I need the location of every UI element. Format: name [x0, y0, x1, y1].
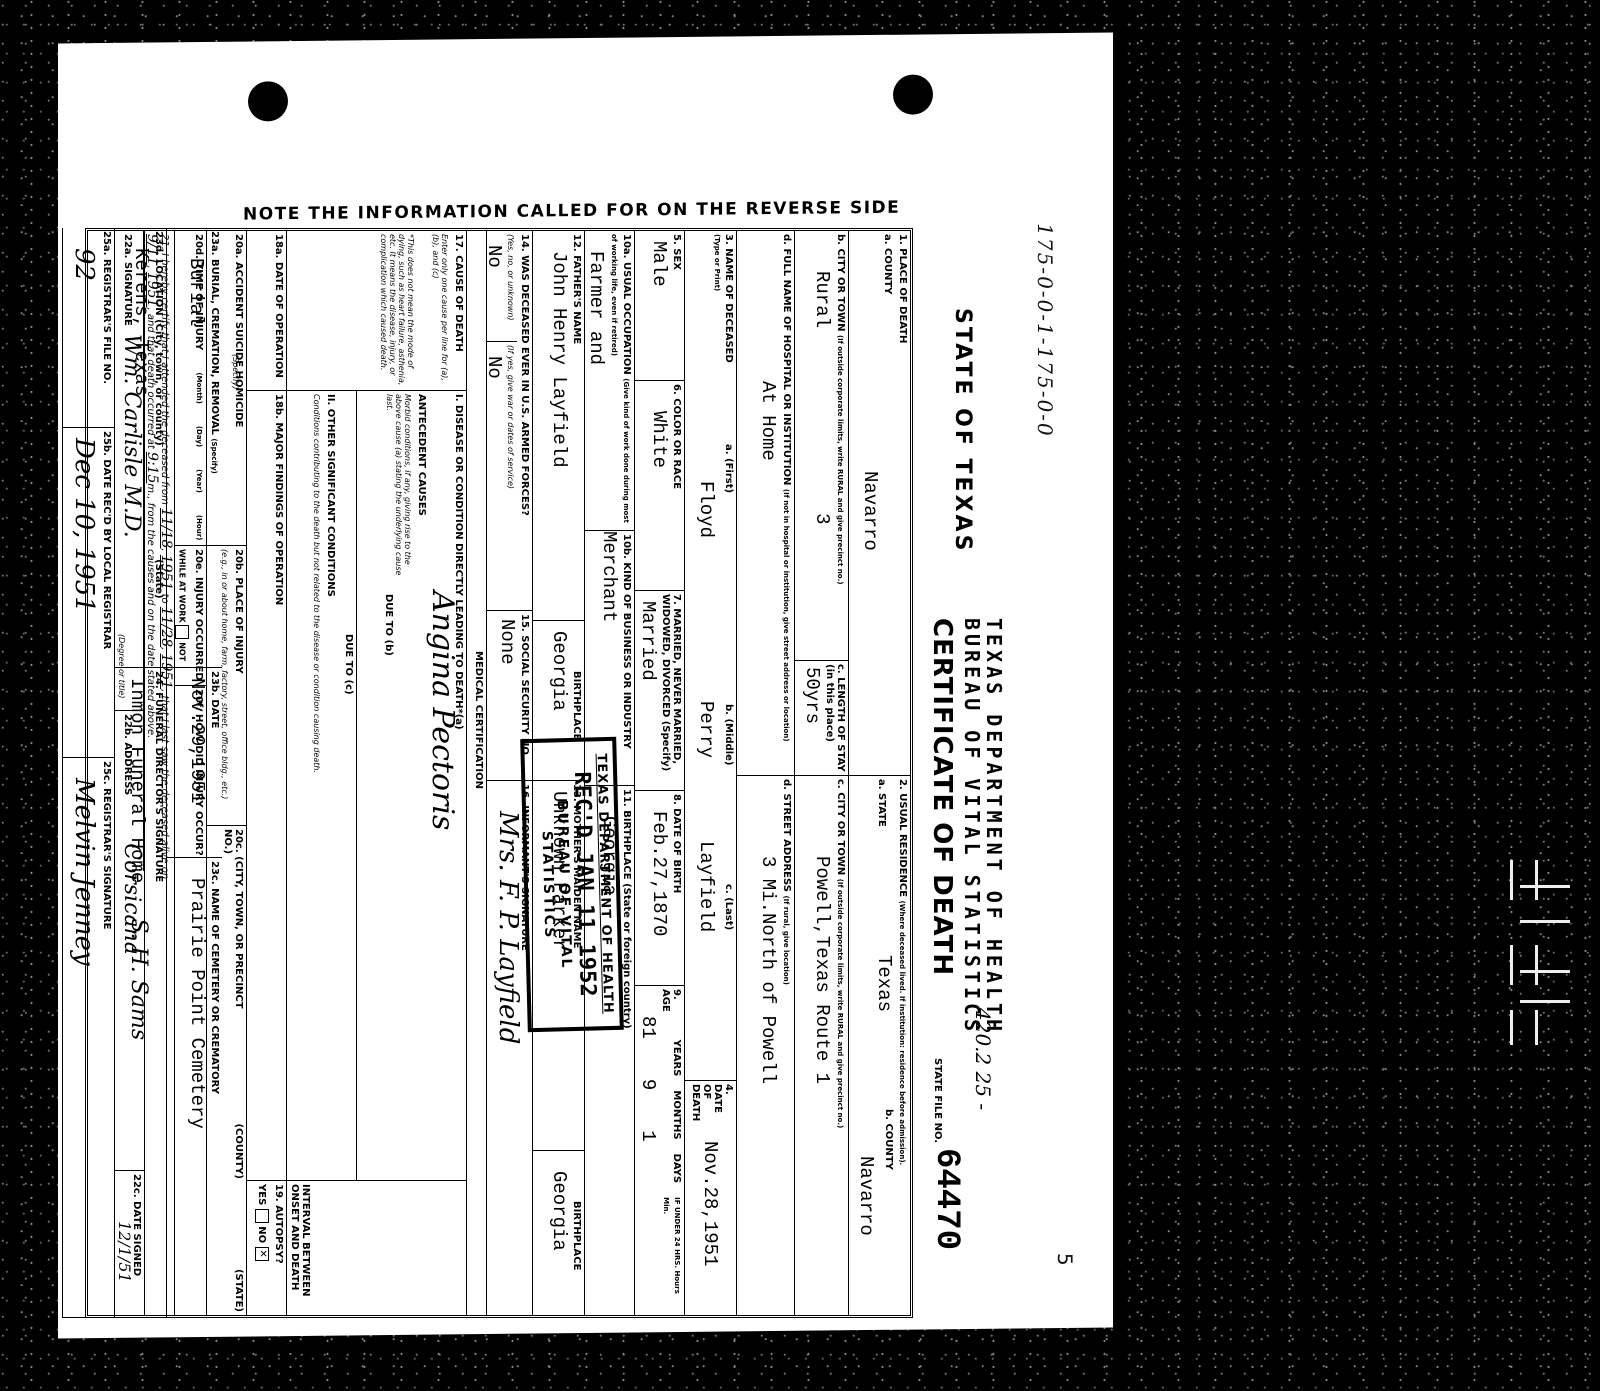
date-of-death: 4. DATE OF DEATH Nov.28,1951 [684, 1081, 736, 1316]
city-value: Rural [811, 231, 833, 328]
date-received-label: 25b. DATE REC'D BY LOCAL REGISTRAR [99, 428, 114, 757]
findings-label: 18b. MAJOR FINDINGS OF OPERATION [271, 391, 286, 1180]
registrar-file-label: 25a. REGISTRAR'S FILE NO. [99, 228, 114, 427]
burial-registrar-section: 23a. BURIAL, CREMATION, REMOVAL (Specify… [62, 228, 222, 1318]
burial-date-label: 23b. DATE [207, 668, 222, 857]
sex-value: Male [649, 231, 669, 380]
state-file-number: 64470 [927, 1148, 965, 1250]
place-of-injury-label: 20b. PLACE OF INJURY [231, 546, 246, 825]
date-of-birth: 8. DATE OF BIRTH Feb.27,1870 [634, 791, 684, 986]
scan-edge-marks [1505, 860, 1575, 1050]
armed-forces-note-2: (If yes, give war or dates of service) [504, 342, 517, 492]
street-note: (If rural, give location) [782, 895, 790, 984]
state-title: STATE OF TEXAS [950, 308, 975, 553]
date-received-value: Dec 10, 1951 [69, 428, 99, 757]
burial-location: 23d. LOCATION (City, town, or county) (S… [114, 228, 166, 668]
injury-type-note: (Specify) [229, 351, 242, 393]
burial-type-note: (Specify) [210, 438, 218, 473]
deceased-name: 3. NAME OF DECEASED(Type or Print) a. (F… [684, 231, 736, 1081]
age-years-label: YEARS [660, 1040, 682, 1077]
cemetery-label: 23c. NAME OF CEMETERY OR CREMATORY [207, 858, 222, 1317]
occupation-value: Farmer and [586, 231, 606, 530]
sex-label: 5. SEX [669, 231, 684, 380]
date-of-death-label: 4. DATE OF DEATH [688, 1081, 736, 1127]
autopsy-label: 19. AUTOPSY? [271, 1181, 286, 1315]
age: 9. AGE YEARS MONTHS DAYS IF UNDER 24 HRS… [634, 986, 684, 1316]
date-of-death-value: Nov.28,1951 [700, 1141, 720, 1266]
county-label: a. COUNTY [880, 231, 895, 775]
ssn-value: None [497, 611, 517, 780]
department-heading: TEXAS DEPARTMENT OF HEALTH BUREAU OF VIT… [961, 618, 1005, 1035]
age-under24-label: IF UNDER 24 HRS. Hours Min. [660, 1197, 682, 1312]
registrar-signature: 25c. REGISTRAR'S SIGNATURE Melvin Jenney [62, 758, 114, 1318]
operation-date-label: 18a. DATE OF OPERATION [271, 231, 286, 390]
usual-residence-state: 2. USUAL RESIDENCE (Where deceased lived… [848, 776, 910, 1316]
burial-location-label: 23d. LOCATION (City, town, or county) [153, 231, 164, 446]
usual-occupation: 10a. USUAL OCCUPATION (Give kind of work… [584, 231, 634, 531]
burial-type: 23a. BURIAL, CREMATION, REMOVAL (Specify… [166, 228, 222, 668]
age-days-value: 1 [638, 1130, 658, 1141]
age-months-value: 9 [638, 1079, 658, 1090]
cause-of-death-notes: 17. CAUSE OF DEATH Enter only one cause … [286, 231, 466, 391]
age-days-label: DAYS [660, 1154, 682, 1184]
autopsy-no-label: NO [256, 1226, 267, 1243]
registrar-file-value: 92 [69, 228, 99, 427]
street-label: d. STREET ADDRESS [781, 779, 792, 892]
date-received-local: 25b. DATE REC'D BY LOCAL REGISTRAR Dec 1… [62, 428, 114, 758]
dob-label: 8. DATE OF BIRTH [669, 791, 684, 985]
mother-birthplace: BIRTHPLACE Georgia [532, 1151, 584, 1316]
armed-forces: 14. WAS DECEASED EVER IN U.S. ARMED FORC… [486, 231, 532, 611]
usual-residence-note: (Where deceased lived. If institution: r… [898, 901, 906, 1166]
dob-value: Feb.27,1870 [649, 791, 669, 985]
middle-name-value: Perry [696, 701, 716, 758]
injury-state-label: (STATE) [222, 1269, 244, 1312]
burial-type-label: 23a. BURIAL, CREMATION, REMOVAL [209, 231, 220, 435]
race-label: 6. COLOR OR RACE [669, 381, 684, 590]
hospital-name: d. FULL NAME OF HOSPITAL OR INSTITUTION … [736, 231, 794, 776]
marital-label: 7. MARRIED, NEVER MARRIED, WIDOWED, DIVO… [658, 591, 684, 790]
place-of-death-label: 1. PLACE OF DEATH [895, 231, 910, 775]
injury-location-label: 20c. (CITY, TOWN, OR PRECINCT NO.) [222, 829, 244, 1033]
antecedent-note: Morbid conditions, if any, giving rise t… [383, 391, 414, 587]
due-to-c-label: DUE TO (c) [341, 631, 356, 698]
hospital-note: (If not in hospital or institution, give… [782, 489, 790, 742]
cemetery-value: Prairie Point Cemetery [187, 858, 207, 1317]
age-months-label: MONTHS [660, 1090, 682, 1139]
usual-residence-label: 2. USUAL RESIDENCE [897, 779, 908, 897]
funeral-director: 24. FUNERAL DIRECTOR'S SIGNATURE Inmon F… [114, 668, 166, 1318]
first-name-value: Floyd [696, 481, 716, 538]
marital-value: Married [638, 591, 658, 790]
disease-value: Angina Pectoris [425, 591, 460, 830]
other-conditions-label: II. OTHER SIGNIFICANT CONDITIONS [323, 391, 338, 1180]
name-label: 3. NAME OF DECEASED [723, 234, 734, 363]
place-of-death-city: b. CITY OR TOWN (If outside corporate li… [794, 231, 848, 661]
funeral-director-label: 24. FUNERAL DIRECTOR'S SIGNATURE [151, 668, 166, 1317]
burial-date-value: Nov.29,1951 [187, 668, 207, 857]
residence-city-note: (If outside corporate limits, write RURA… [836, 879, 844, 1129]
burial-date: 23b. DATE Nov.29,1951 [166, 668, 222, 858]
injury-county-label: (COUNTY) [222, 1123, 244, 1179]
business-label: 10b. KIND OF BUSINESS OR INDUSTRY [619, 531, 634, 785]
stay-label: c. LENGTH OF STAY (in this place) [822, 661, 848, 775]
autopsy: 19. AUTOPSY? YES NO ✕ [246, 1181, 286, 1316]
armed-forces-label: 14. WAS DECEASED EVER IN U.S. ARMED FORC… [517, 231, 532, 610]
department-line-2: BUREAU OF VITAL STATISTICS [961, 618, 983, 1035]
registrar-signature-label: 25c. REGISTRAR'S SIGNATURE [99, 758, 114, 1317]
occupation-label: 10a. USUAL OCCUPATION [621, 234, 632, 375]
armed-forces-note-1: (Yes, no, or unknown) [504, 231, 517, 341]
residence-city-value: Powell,Texas Route 1 [812, 776, 832, 1315]
residence-street: d. STREET ADDRESS (If rural, give locati… [736, 776, 794, 1316]
burial-type-value: Burial [186, 228, 206, 667]
county-value: Navarro [860, 471, 880, 551]
city-label: b. CITY OR TOWN [835, 234, 846, 331]
stay-value: 50yrs [802, 661, 822, 775]
punch-hole-right [893, 74, 933, 114]
autopsy-yes-checkbox[interactable] [255, 1209, 269, 1223]
middle-name-label: b. (Middle) [721, 701, 736, 768]
mother-birthplace-label: BIRTHPLACE [569, 1151, 584, 1315]
marital-status: 7. MARRIED, NEVER MARRIED, WIDOWED, DIVO… [634, 591, 684, 791]
father-label: 12. FATHER'S NAME [569, 231, 584, 620]
residence-state-value: Texas [873, 835, 895, 1012]
registrar-file-no: 25a. REGISTRAR'S FILE NO. 92 [62, 228, 114, 428]
medical-certification-label: MEDICAL CERTIFICATION [471, 231, 486, 1315]
sex: 5. SEX Male [634, 231, 684, 381]
residence-city: c. CITY OR TOWN (If outside corporate li… [794, 776, 848, 1316]
funeral-director-signature: S. H. Sams [126, 888, 151, 1040]
mother-birthplace-value: Georgia [549, 1151, 569, 1315]
armed-forces-war-value: No [486, 342, 504, 492]
cause-footnote: *This does not mean the mode of dying, s… [377, 231, 417, 390]
autopsy-yes-label: YES [256, 1184, 267, 1205]
last-name-value: Layfield [696, 841, 716, 932]
place-of-death-county: 1. PLACE OF DEATH a. COUNTY Navarro [848, 231, 910, 776]
birthplace-label: 11. BIRTHPLACE (State or foreign country… [619, 786, 634, 1315]
burial-location-value: Kerens, Texas [131, 228, 151, 667]
residence-city-label: c. CITY OR TOWN [835, 779, 846, 875]
age-label: 9. AGE [660, 989, 682, 1026]
operation-findings: 18b. MAJOR FINDINGS OF OPERATION [246, 391, 286, 1181]
registrar-signature-value: Melvin Jenney [69, 758, 99, 1317]
father-value: John Henry Layfield [549, 231, 569, 620]
handwritten-file-code: 420.2 25 - [971, 1008, 995, 1110]
department-line-1: TEXAS DEPARTMENT OF HEALTH [983, 618, 1005, 1035]
armed-forces-value: No [486, 231, 504, 341]
length-of-stay: c. LENGTH OF STAY (in this place) 50yrs [794, 661, 848, 776]
medical-certification-header: MEDICAL CERTIFICATION [466, 231, 486, 1316]
form-header: STATE OF TEXAS TEXAS DEPARTMENT OF HEALT… [913, 228, 1005, 1318]
cause-note: Enter only one cause per line for (a), (… [429, 231, 451, 390]
handwritten-margin-number: 175-0-0-1-175-0-0 [1033, 223, 1057, 438]
cause-label: 17. CAUSE OF DEATH [451, 231, 466, 390]
burial-location-state-label: (State) [153, 449, 164, 598]
margin-mark: 5 [1053, 1253, 1077, 1266]
race-value: White [649, 381, 669, 590]
street-value: 3 Mi.North of Powell [758, 776, 778, 1315]
reverse-side-note: NOTE THE INFORMATION CALLED FOR ON THE R… [243, 198, 900, 225]
death-certificate-form: STATE OF TEXAS TEXAS DEPARTMENT OF HEALT… [85, 228, 1005, 1318]
city-note: (If outside corporate limits, write RURA… [836, 335, 844, 585]
race: 6. COLOR OR RACE White [634, 381, 684, 591]
informant-value: Mrs. F. P. Layfield [493, 781, 523, 1315]
interval-label: INTERVAL BETWEEN ONSET AND DEATH [287, 1181, 313, 1315]
residence-county-label: b. COUNTY [881, 1106, 896, 1173]
name-note: (Type or Print) [713, 234, 721, 291]
age-years-value: 81 [638, 1016, 658, 1039]
residence-state-label: a. STATE [874, 776, 889, 830]
state-file-label: STATE FILE NO. [932, 1058, 943, 1143]
hospital-label: d. FULL NAME OF HOSPITAL OR INSTITUTION [781, 234, 792, 485]
punch-hole-left [248, 81, 288, 121]
received-stamp: TEXAS DEPARTMENT OF HEALTH REC'D JAN 11 … [520, 737, 624, 1032]
last-name-label: c. (Last) [721, 881, 736, 933]
precinct-value: 3 [811, 333, 833, 524]
residence-county-value: Navarro [856, 1156, 876, 1236]
first-name-label: a. (First) [721, 441, 736, 496]
interval-onset-death: INTERVAL BETWEEN ONSET AND DEATH [286, 1181, 466, 1316]
cemetery-name: 23c. NAME OF CEMETERY OR CREMATORY Prair… [166, 858, 222, 1318]
disease-condition: I. DISEASE OR CONDITION DIRECTLY LEADING… [356, 391, 466, 1181]
other-conditions-note: Conditions contributing to the death but… [310, 391, 323, 1180]
date-of-operation: 18a. DATE OF OPERATION [246, 231, 286, 391]
certificate-title: CERTIFICATE OF DEATH [927, 618, 957, 976]
funeral-director-value: Inmon Funeral Home [126, 668, 148, 883]
fathers-name: 12. FATHER'S NAME John Henry Layfield [532, 231, 584, 621]
hospital-value: At Home [758, 231, 778, 775]
due-to-b-label: DUE TO (b) [381, 591, 396, 659]
autopsy-no-checkbox[interactable]: ✕ [255, 1247, 269, 1261]
other-conditions: DUE TO (c) II. OTHER SIGNIFICANT CONDITI… [286, 391, 356, 1181]
